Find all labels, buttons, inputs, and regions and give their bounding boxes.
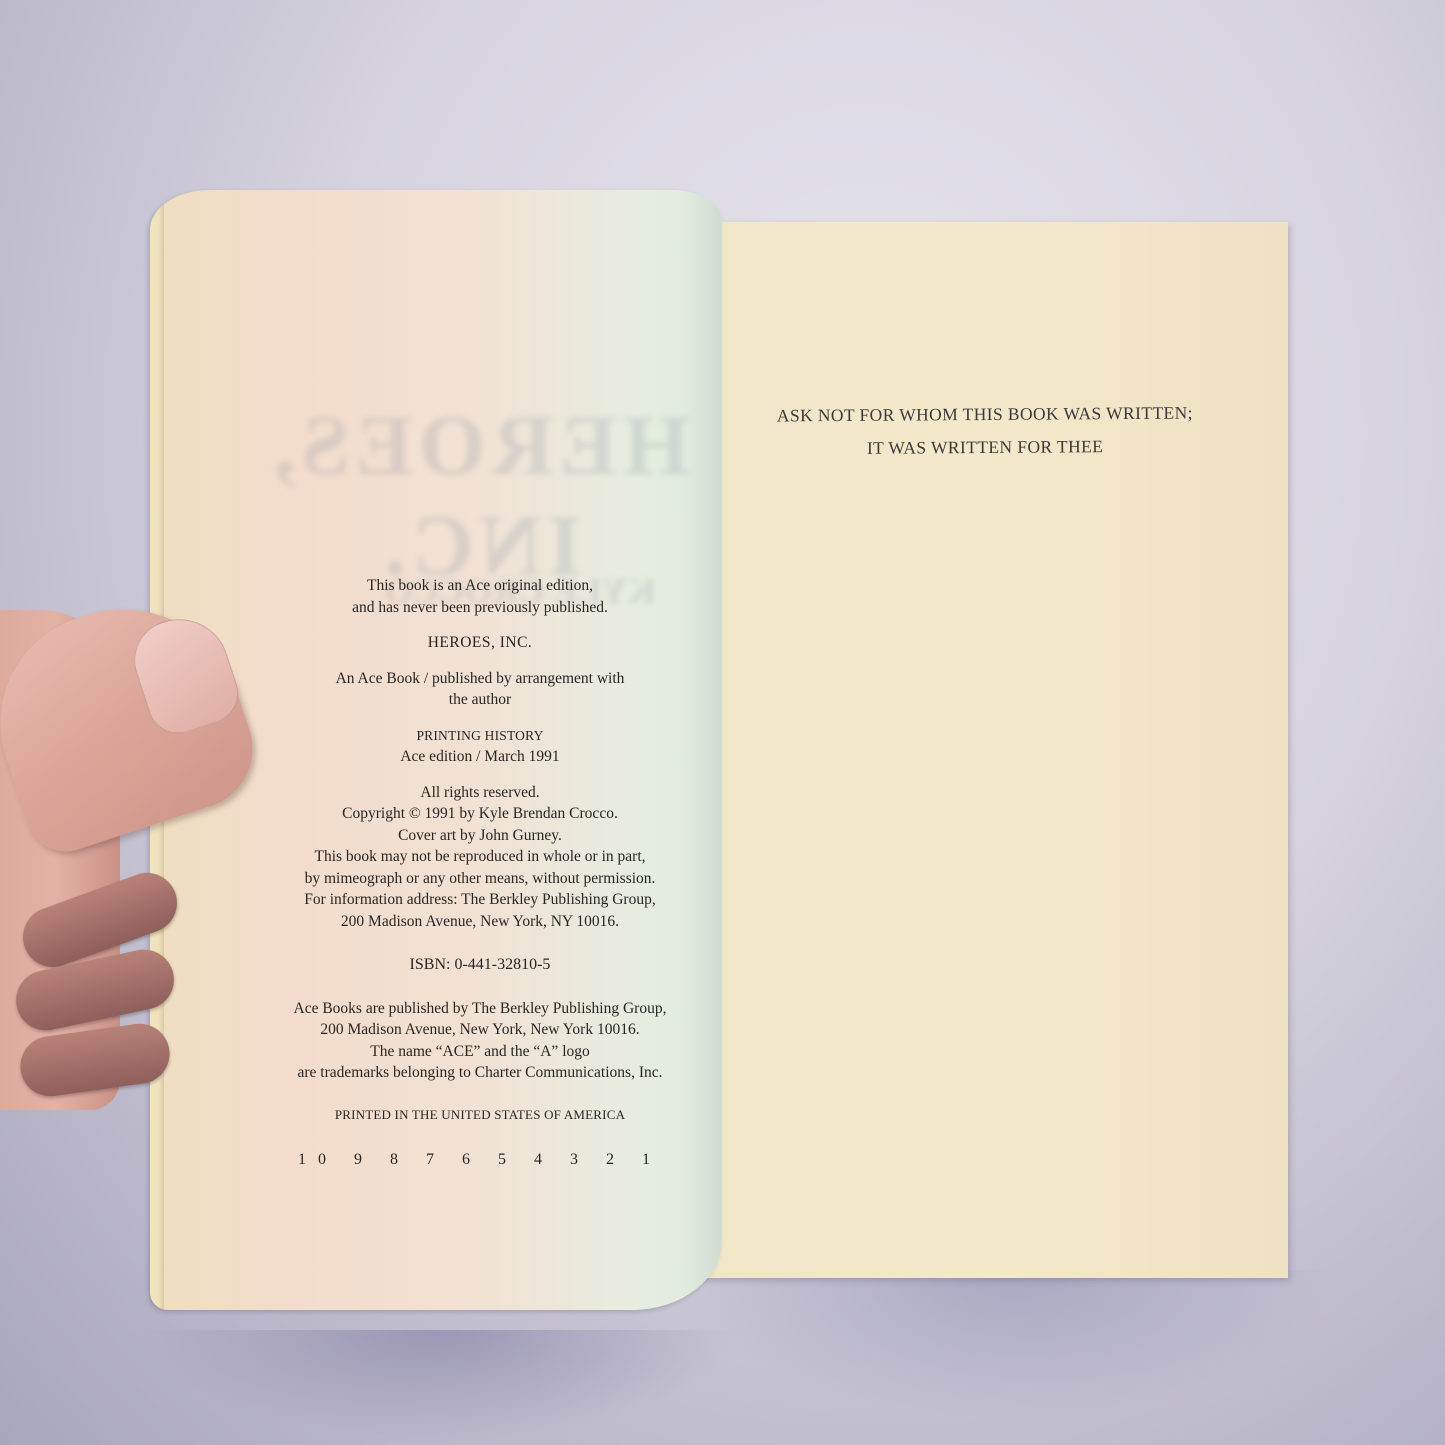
text-line: For information address: The Berkley Pub… bbox=[260, 889, 700, 911]
text-line: the author bbox=[260, 689, 700, 711]
printing-history: PRINTING HISTORY Ace edition / March 199… bbox=[260, 725, 700, 768]
dedication-line: IT WAS WRITTEN FOR THEE bbox=[682, 429, 1288, 466]
edition-note: This book is an Ace original edition, an… bbox=[260, 575, 700, 618]
copyright-text: This book is an Ace original edition, an… bbox=[260, 575, 700, 1171]
book-title: HEROES, INC. bbox=[260, 632, 700, 654]
text-line: PRINTING HISTORY bbox=[260, 725, 700, 747]
text-line: Copyright © 1991 by Kyle Brendan Crocco. bbox=[260, 803, 700, 825]
text-line: An Ace Book / published by arrangement w… bbox=[260, 668, 700, 690]
text-line: The name “ACE” and the “A” logo bbox=[260, 1041, 700, 1063]
text-line: This book is an Ace original edition, bbox=[260, 575, 700, 597]
text-line: 10 9 8 7 6 5 4 3 2 1 bbox=[260, 1149, 700, 1171]
trademark-notice: Ace Books are published by The Berkley P… bbox=[260, 998, 700, 1084]
book-shadow-left bbox=[140, 1330, 740, 1440]
dedication-page: ASK NOT FOR WHOM THIS BOOK WAS WRITTEN; … bbox=[682, 222, 1288, 1278]
text-line: are trademarks belonging to Charter Comm… bbox=[260, 1062, 700, 1084]
text-line: Cover art by John Gurney. bbox=[260, 825, 700, 847]
text-line: This book may not be reproduced in whole… bbox=[260, 846, 700, 868]
text-line: 200 Madison Avenue, New York, NY 10016. bbox=[260, 911, 700, 933]
text-line: PRINTED IN THE UNITED STATES OF AMERICA bbox=[260, 1104, 700, 1126]
photo-scene: ASK NOT FOR WHOM THIS BOOK WAS WRITTEN; … bbox=[0, 0, 1445, 1445]
text-line: by mimeograph or any other means, withou… bbox=[260, 868, 700, 890]
printed-in: PRINTED IN THE UNITED STATES OF AMERICA bbox=[260, 1104, 700, 1126]
book-shadow-right bbox=[680, 1270, 1340, 1420]
text-line: All rights reserved. bbox=[260, 782, 700, 804]
thumbnail bbox=[124, 606, 246, 741]
rights-notice: All rights reserved. Copyright © 1991 by… bbox=[260, 782, 700, 933]
text-line: Ace Books are published by The Berkley P… bbox=[260, 998, 700, 1020]
text-line: Ace edition / March 1991 bbox=[260, 746, 700, 768]
isbn: ISBN: 0-441-32810-5 bbox=[260, 954, 700, 976]
dedication-text: ASK NOT FOR WHOM THIS BOOK WAS WRITTEN; … bbox=[682, 396, 1288, 466]
text-line: ISBN: 0-441-32810-5 bbox=[260, 954, 700, 976]
text-line: and has never been previously published. bbox=[260, 597, 700, 619]
dedication-line: ASK NOT FOR WHOM THIS BOOK WAS WRITTEN; bbox=[682, 396, 1288, 433]
text-line: HEROES, INC. bbox=[260, 632, 700, 654]
bleed-through-title: HEROES, INC. bbox=[270, 395, 690, 515]
text-line: 200 Madison Avenue, New York, New York 1… bbox=[260, 1019, 700, 1041]
printing-number-line: 10 9 8 7 6 5 4 3 2 1 bbox=[260, 1149, 700, 1171]
hand bbox=[0, 590, 260, 1110]
publisher-arrangement: An Ace Book / published by arrangement w… bbox=[260, 668, 700, 711]
